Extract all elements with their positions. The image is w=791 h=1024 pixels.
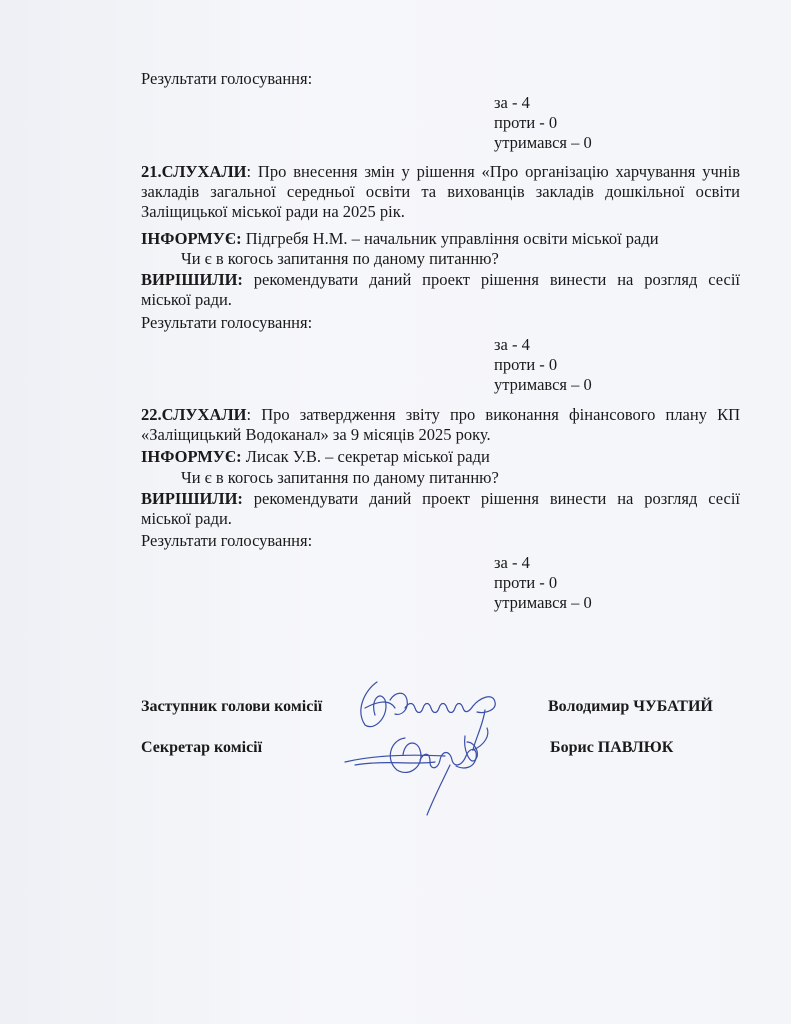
document-page: Результати голосування: за - 4 проти - 0… <box>0 0 791 1024</box>
vote-abstained: утримався – 0 <box>494 593 592 613</box>
vote-header: Результати голосування: <box>141 69 312 89</box>
vote-abstained: утримався – 0 <box>494 375 592 395</box>
vote-for: за - 4 <box>494 553 530 573</box>
vote-against: проти - 0 <box>494 355 557 375</box>
vote-for: за - 4 <box>494 93 530 113</box>
handwritten-signatures <box>335 670 525 820</box>
item-22-question: Чи є в когось запитання по даному питанн… <box>181 468 499 488</box>
item-22-decided-label: ВИРІШИЛИ: <box>141 489 243 508</box>
signature-role-secretary: Секретар комісії <box>141 738 262 758</box>
signature-name-secretary: Борис ПАВЛЮК <box>550 738 673 758</box>
signature-role-deputy: Заступник голови комісії <box>141 697 322 717</box>
item-22-decided: ВИРІШИЛИ: рекомендувати даний проект ріш… <box>141 489 740 529</box>
vote-abstained: утримався – 0 <box>494 133 592 153</box>
item-21-question: Чи є в когось запитання по даному питанн… <box>181 249 499 269</box>
item-21-informs-text: Підгребя Н.М. – начальник управління осв… <box>242 229 659 248</box>
signature-name-deputy: Володимир ЧУБАТИЙ <box>548 697 713 717</box>
vote-against: проти - 0 <box>494 113 557 133</box>
vote-header: Результати голосування: <box>141 313 312 333</box>
item-21-decided: ВИРІШИЛИ: рекомендувати даний проект ріш… <box>141 270 740 310</box>
item-22-informs: ІНФОРМУЄ: Лисак У.В. – секретар міської … <box>141 447 490 467</box>
item-21-number-label: 21.СЛУХАЛИ <box>141 162 247 181</box>
item-21-informs: ІНФОРМУЄ: Підгребя Н.М. – начальник упра… <box>141 229 659 249</box>
item-21-decided-label: ВИРІШИЛИ: <box>141 270 243 289</box>
vote-header: Результати голосування: <box>141 531 312 551</box>
vote-against: проти - 0 <box>494 573 557 593</box>
item-22-informs-label: ІНФОРМУЄ: <box>141 447 242 466</box>
item-22-informs-text: Лисак У.В. – секретар міської ради <box>242 447 490 466</box>
item-21-informs-label: ІНФОРМУЄ: <box>141 229 242 248</box>
vote-for: за - 4 <box>494 335 530 355</box>
item-22-number-label: 22.СЛУХАЛИ <box>141 405 247 424</box>
item-21-heard: 21.СЛУХАЛИ: Про внесення змін у рішення … <box>141 162 740 222</box>
item-22-heard: 22.СЛУХАЛИ: Про затвердження звіту про в… <box>141 405 740 445</box>
